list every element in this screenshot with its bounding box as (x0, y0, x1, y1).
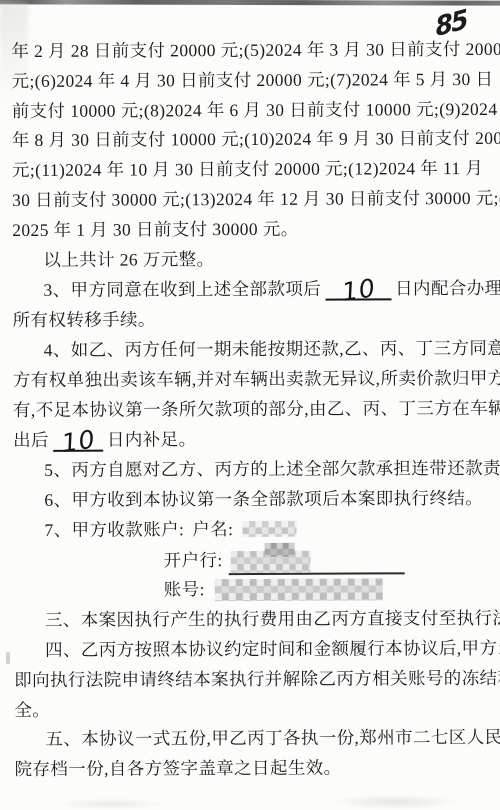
payment-schedule-line: 30 日前支付 30000 元;(13)2024 年 12 月 30 日前支付 … (12, 184, 486, 216)
scan-edge-artifact (0, 0, 500, 6)
account-bank-row: 开户行: (14, 544, 488, 577)
clause-wu-line-1: 五、本协议一式五份,甲乙丙丁各执一份,郑州市二七区人民法 (14, 723, 488, 755)
clause-3-line-2: 所有权转移手续。 (13, 304, 487, 336)
clause-4-line-1: 4、如乙、丙方任何一期未能按期还款,乙、丙、丁三方同意甲 (13, 334, 487, 366)
payment-schedule-line: 前支付 10000 元;(8)2024 年 6 月 30 日前支付 10000 … (12, 95, 486, 127)
clause-4-text-after-days: 日内补足。 (107, 430, 197, 450)
scan-smudge (55, 798, 165, 810)
clause-4-text-before-days: 出后 (13, 430, 49, 450)
clause-si-line-1: 四、乙丙方按照本协议约定时间和金额履行本协议后,甲方当日 (14, 634, 488, 666)
account-holder-label: 户名: (192, 519, 233, 539)
account-number-row: 账号: (14, 574, 488, 606)
redacted-bank-name-field (229, 544, 405, 575)
payment-schedule-line: 年 8 月 30 日前支付 10000 元;(10)2024 年 9 月 30 … (12, 124, 486, 156)
clause-3-line-1: 3、甲方同意在收到上述全部款项后10日内配合办理车辆的 (12, 273, 486, 306)
bank-label: 开户行: (164, 550, 223, 570)
payment-schedule-line: 元;(6)2024 年 4 月 30 日前支付 20000 元;(7)2024 … (12, 65, 486, 97)
account-number-label: 账号: (164, 580, 205, 600)
clause-san-line: 三、本案因执行产生的执行费用由乙丙方直接支付至执行法院。 (14, 604, 488, 636)
scanned-document-page: 85 年 2 月 28 日前支付 20000 元;(5)2024 年 3 月 3… (0, 0, 500, 810)
redacted-account-holder-name (242, 521, 296, 537)
total-amount-line: 以上共计 26 万元整。 (12, 244, 486, 276)
clause-6-line: 6、甲方收到本协议第一条全部款项后本案即执行终结。 (13, 484, 487, 516)
clause-wu-line-2: 院存档一份,自各方签字盖章之日起生效。 (15, 753, 489, 785)
handwritten-days-value: 10 (60, 427, 97, 457)
clause-5-line: 5、丙方自愿对乙方、丙方的上述全部欠款承担连带还款责任。 (13, 454, 487, 486)
payment-schedule-line: 元;(11)2024 年 10 月 30 日前支付 20000 元;(12)20… (12, 154, 486, 186)
clause-4-line-3: 有,不足本协议第一条所欠款项的部分,由乙、丙、丁三方在车辆卖 (13, 394, 487, 426)
handwritten-days-blank: 10 (325, 274, 391, 301)
clause-si-line-2: 即向执行法院申请终结本案执行并解除乙丙方相关账号的冻结和保 (14, 664, 488, 696)
scan-smudge (330, 794, 460, 810)
account-section-label: 7、甲方收款账户: (44, 519, 184, 540)
clause-3-text-after-days: 日内配合办理车辆的 (395, 278, 500, 299)
handwritten-days-blank: 10 (53, 425, 103, 452)
document-body: 年 2 月 28 日前支付 20000 元;(5)2024 年 3 月 30 日… (11, 35, 488, 785)
clause-4-line-2: 方有权单独出卖该车辆,并对车辆出卖款无异议,所卖价款归甲方所 (13, 364, 487, 396)
handwritten-days-value: 10 (340, 276, 377, 306)
account-header-row: 7、甲方收款账户:户名: (13, 514, 487, 546)
scan-edge-mark (6, 652, 10, 664)
payment-schedule-line: 2025 年 1 月 30 日前支付 30000 元。 (12, 214, 486, 246)
payment-schedule-line: 年 2 月 28 日前支付 20000 元;(5)2024 年 3 月 30 日… (11, 35, 485, 67)
redacted-account-number (215, 579, 383, 602)
clause-4-line-4: 出后10日内补足。 (13, 423, 487, 456)
redacted-bank-name-patch (265, 542, 295, 556)
clause-3-text-before-days: 3、甲方同意在收到上述全部款项后 (43, 279, 321, 300)
clause-si-line-3: 全。 (14, 693, 488, 725)
